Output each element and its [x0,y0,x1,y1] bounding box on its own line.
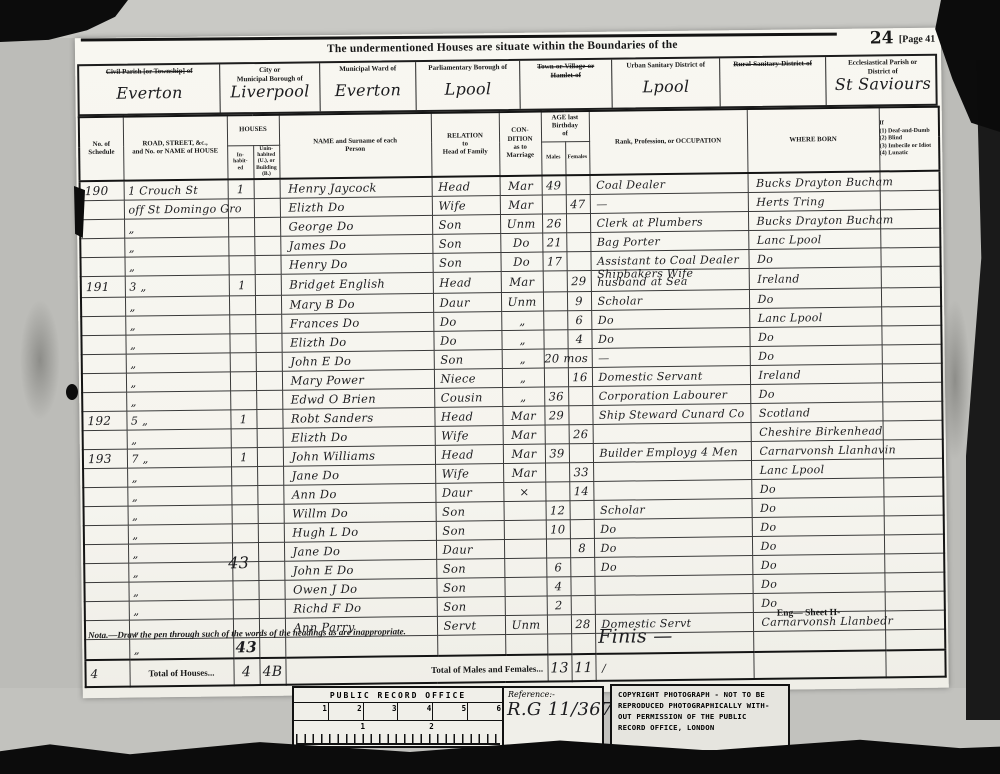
cell-s [83,430,127,450]
cell-un [257,466,283,485]
handwritten-entry: 1 [238,278,246,292]
handwritten-entry: „ [128,491,138,504]
ruler-number: 4 [427,704,432,713]
handwritten-entry: Clerk at Plumbers [591,218,703,228]
sheet-note: Eng— Sheet H- [777,608,840,619]
cell-s: 190 [80,180,124,200]
handwritten-entry: 29 [549,408,564,422]
ruler-cell: 2 [329,703,364,720]
cell-f [570,520,594,539]
cell-i [883,496,943,516]
handwritten-entry: Ann Do [284,487,337,502]
cell-n: Jane Do [284,540,436,561]
public-record-office-stamp: PUBLIC RECORD OFFICE 123456 1 2 [292,686,504,748]
ruler-number: 2 [357,704,362,713]
cell-r: Servt [437,616,505,636]
handwritten-entry: Do [752,502,776,515]
cell-inh: 1 [229,274,255,296]
cell-o: Do [594,537,752,558]
scan-artifact-right-edge [966,60,1000,720]
ruler-number: 3 [392,704,397,713]
cell-f [570,558,594,577]
cell-o: Do [591,309,749,330]
handwritten-entry: Do [753,559,777,572]
cell-m [545,482,569,501]
handwritten-entry: Do [513,254,530,268]
cell-f [569,444,593,463]
handwritten-entry: 1 [240,450,248,464]
cell-o: Coal Dealer [590,173,748,194]
handwritten-entry: 6 [575,313,583,327]
reference-value: R.G 11/3672 [504,699,602,720]
district-cell: Civil Parish [or Township] ofEverton [79,64,220,114]
handwritten-entry: „ [129,586,139,599]
cell-r: Son [436,559,504,579]
cell-n: Willm Do [284,502,436,523]
cell-m [545,463,569,482]
cell-r: Son [436,521,504,541]
table-body: 1901 Crouch St1Henry JaycockHeadMar49Coa… [80,170,946,660]
cell-m: 6 [546,558,570,577]
cell-n: Edwd O Brien [282,388,434,409]
cell-m: 4 [546,577,570,596]
copyright-stamp: COPYRIGHT PHOTOGRAPH - NOT TO BE REPRODU… [610,684,790,752]
handwritten-entry: „ [126,358,136,371]
cell-r: Daur [436,540,504,560]
cell-c: Do [500,233,542,253]
ruler-number: 1 [361,722,366,731]
handwritten-entry: Lanc Lpool [750,311,823,325]
cell-inh: 1 [228,179,254,199]
cell-st: „ [125,315,229,335]
cell-st: 7 „ [127,448,231,468]
district-cell: Urban Sanitary District ofLpool [611,58,720,107]
reference-stamp: Reference:- R.G 11/3672 [504,686,604,748]
cell-n: Ann Do [283,483,435,504]
cell-un [254,236,280,255]
cell-un [259,637,285,658]
cell-st: „ [125,296,229,316]
handwritten-entry: Daur [436,486,472,500]
cell-b: Herts Tring [748,191,880,212]
totals-females: 11 [574,660,593,676]
district-label: Town-or-Village-or Hamlet-of [520,60,611,81]
handwritten-entry: „ [520,371,526,385]
handwritten-entry: Elizth Do [280,200,345,215]
cell-m [545,425,569,444]
cell-s [84,582,128,602]
col-header-occupation: Rank, Profession, or OCCUPATION [589,109,748,175]
ruler-number: 1 [322,704,327,713]
district-label: Municipal Ward of [320,62,415,74]
cell-b: Lanc Lpool [749,307,881,328]
handwritten-entry: Ireland [749,272,800,286]
col-header-name: NAME and Surname of each Person [279,113,432,178]
handwritten-entry: Son [437,562,466,576]
cell-s [80,257,124,277]
cell-un [254,217,280,236]
handwritten-entry: Niece [434,371,475,386]
handwritten-entry: „ [129,567,139,580]
handwritten-entry: Domestic Servant [592,373,702,383]
cell-un [255,314,281,333]
col-header-uninhabited: Unin- habited (U.), or Building (B.) [253,145,279,179]
handwritten-entry: Shipbakers Wife husband at Sea [591,269,693,287]
cell-c: Unm [505,615,547,635]
cell-s [85,601,129,621]
cell-o [594,575,752,596]
cell-o [593,480,751,501]
handwritten-entry: Do [753,597,777,610]
cell-i [883,420,943,440]
cell-m [547,615,571,634]
cell-b: Cheshire Birkenhead [751,421,883,442]
col-header-inhabited: In- habit- ed [227,145,253,179]
handwritten-entry: 17 [547,254,562,268]
handwritten-entry: „ [126,320,136,333]
handwritten-entry: „ [126,377,136,390]
cell-n: Richd F Do [285,597,437,618]
handwritten-entry: Bucks Drayton Bucham [749,213,894,228]
cell-c: „ [501,330,543,350]
cell-f [571,596,595,615]
district-value: Lpool [416,79,519,99]
cell-s: 191 [81,276,125,298]
handwritten-entry: Bag Porter [591,238,660,247]
cell-st: „ [126,372,230,392]
cell-un [256,390,282,409]
cell-c [505,634,547,655]
cell-o: Corporation Labourer [592,385,750,406]
ruler-ticks [296,734,500,745]
cell-m: 26 [542,213,566,232]
handwritten-entry: Do [752,521,776,534]
cell-r: Son [432,233,500,253]
cell-s [80,238,124,258]
cell-st: 1 Crouch St [124,179,228,200]
handwritten-entry: Corporation Labourer [593,391,728,401]
handwritten-entry: Mar [511,447,536,461]
cell-un [255,333,281,352]
cell-n [285,635,437,657]
handwritten-entry: Do [434,315,457,329]
cell-inh [230,353,256,372]
cell-c: Do [500,252,542,272]
handwritten-entry: 26 [546,216,561,230]
cell-b: Bucks Drayton Bucham [748,171,880,192]
cell-i [882,401,942,421]
district-label: Civil Parish [or Township] of [79,64,219,76]
handwritten-entry: Lanc Lpool [752,463,825,477]
handwritten-entry: Head [432,179,470,193]
ruler-cell: 4 [398,703,433,720]
cell-i [885,629,945,650]
cell-c: „ [501,311,543,331]
cell-b [753,630,885,652]
cell-s [81,297,125,317]
handwritten-entry: Cheshire Birkenhead [751,425,883,440]
handwritten-entry: 39 [549,446,564,460]
cell-c: Mar [500,175,542,195]
district-cell: Rural-Sanitary-District-of [719,57,826,106]
cell-r: Son [436,502,504,522]
handwritten-entry: Do [752,540,776,553]
cell-n: Robt Sanders [282,407,434,428]
cell-m [543,330,567,349]
cell-c: „ [502,349,544,369]
col-header-infirmity: If (1) Deaf-and-Dumb (2) Blind (3) Imbec… [879,107,940,171]
handwritten-entry: John E Do [285,563,354,578]
cell-un [257,485,283,504]
cell-i [882,363,942,383]
handwritten-entry: Do [750,331,774,344]
district-cell: City or Municipal Borough ofLiverpool [219,63,320,112]
handwritten-entry: Wife [432,198,466,212]
col-header-age: AGE last Birthday of [541,111,589,142]
ruler-number: 5 [462,704,467,713]
cell-f: 47 [566,194,590,213]
handwritten-entry: James Do [281,238,346,253]
handwritten-entry: 9 [575,294,583,308]
handwritten-entry: Wife [436,467,470,481]
handwritten-entry: Builder Employg 4 Men [593,448,738,458]
cell-b: Do [752,535,884,556]
cell-st: „ [128,581,232,601]
handwritten-entry: Do [592,317,614,326]
cell-i [882,382,942,402]
handwritten-entry: 14 [574,484,589,498]
cell-st: „ [129,600,233,620]
cell-st: 3 „ [125,274,229,297]
cell-i [881,325,941,345]
sheet-number: 24 [870,28,894,48]
handwritten-entry: „ [128,472,138,485]
handwritten-entry: „ [520,352,526,366]
page-title: The undermentioned Houses are situate wi… [327,39,678,55]
handwritten-entry: Do [749,252,773,265]
handwritten-entry: Head [435,448,473,462]
cell-i [884,572,944,592]
cell-n: Frances Do [281,313,433,334]
census-page: The undermentioned Houses are situate wi… [75,28,949,699]
cell-inh [231,486,257,505]
cell-st: „ [127,467,231,487]
handwritten-entry: 191 [82,280,110,294]
col-header-females: Females [565,141,589,175]
cell-r: Son [437,597,505,617]
cell-un [258,542,284,561]
scan-smudge [20,300,60,420]
cell-r: Cousin [434,388,502,408]
census-scan: The undermentioned Houses are situate wi… [0,0,1000,774]
handwritten-entry: Do [594,526,616,535]
cell-c [504,558,546,578]
cell-m: 20 mos [544,349,568,368]
handwritten-entry: × [519,485,529,499]
cell-b: Do [752,573,884,594]
cell-inh [233,600,259,619]
ruler-cell: 5 [433,703,468,720]
handwritten-entry: Son [433,217,462,231]
handwritten-entry: 33 [573,465,588,479]
cell-st: „ [126,353,230,373]
cell-o [595,594,753,615]
cell-f: 29 [567,270,591,292]
district-value: St Saviours [826,74,939,94]
district-label: Parliamentary Borough of [416,61,519,73]
cell-b: Do [748,248,880,269]
handwritten-entry: Henry Jaycock [280,180,377,195]
cell-inh: 43 [233,638,259,659]
cell-n: Henry Jaycock [280,177,432,198]
cell-f: 16 [568,368,592,387]
handwritten-entry: Scholar [592,297,643,306]
cell-inh [228,236,254,255]
handwritten-entry: Unm [511,618,540,632]
handwritten-entry: Scholar [594,506,645,515]
cell-i [884,534,944,554]
handwritten-entry: Son [436,505,465,519]
cell-inh [231,429,257,448]
cell-o: Shipbakers Wife husband at Sea [591,268,749,291]
cell-n: Jane Do [283,464,435,485]
handwritten-entry: 5 „ [127,414,148,427]
cell-f: 14 [569,482,593,501]
district-value: Everton [79,82,219,103]
cell-i [881,266,941,288]
cell-r: Do [433,331,501,351]
cell-b: Do [750,345,882,366]
cell-b: Ireland [749,267,881,290]
handwritten-entry: Son [437,581,466,595]
handwritten-entry: George Do [281,218,354,233]
handwritten-entry: Mar [508,178,533,192]
cell-s [85,639,129,660]
handwritten-entry: „ [519,314,525,328]
handwritten-entry: Do [595,564,617,573]
handwritten-entry: 12 [550,503,565,517]
cell-c: × [503,482,545,502]
handwritten-entry: 2 [555,598,563,612]
cell-o: Bag Porter [590,230,748,251]
cell-m [543,311,567,330]
cell-i [880,247,940,267]
cell-st: „ [128,505,232,525]
cell-c [504,577,546,597]
census-table: No. of Schedule ROAD, STREET, &c., and N… [78,106,947,689]
handwritten-entry: „ [125,260,135,273]
cell-c: Mar [500,195,542,215]
cell-inh: 1 [231,448,257,467]
cell-c: „ [502,387,544,407]
handwritten-entry: „ [519,333,525,347]
cell-st: off St Domingo Gro [124,199,228,219]
cell-n: George Do [280,215,432,236]
handwritten-entry: — [590,200,607,209]
handwritten-entry: Unm [508,295,537,309]
handwritten-entry: 1 Crouch St [124,183,198,197]
cell-inh [229,296,255,315]
cell-n: James Do [280,234,432,255]
handwritten-entry: „ [127,434,137,447]
cell-st: „ [128,543,232,563]
handwritten-entry: Daur [437,543,473,557]
cell-r: Daur [433,293,501,313]
cell-f [568,387,592,406]
district-cell: Town-or-Village-or Hamlet-of [519,60,612,109]
handwritten-entry: Scotland [751,406,810,420]
cell-o: Scholar [591,290,749,311]
district-value [720,75,825,76]
cell-o: Do [591,328,749,349]
scan-smudge [940,300,970,460]
cell-c: Mar [502,406,544,426]
cell-c [504,539,546,559]
handwritten-entry: Ireland [750,369,801,383]
district-value: Liverpool [220,81,319,101]
handwritten-entry: Coal Dealer [590,181,665,190]
handwritten-entry: Bridget English [281,276,385,291]
cell-n: Elizth Do [280,196,432,217]
district-cell: Municipal Ward ofEverton [319,62,416,111]
handwritten-entry: Head [433,275,471,289]
cell-r: Son [432,252,500,272]
col-header-condition: CON- DITION as to Marriage [499,112,542,176]
handwritten-entry: 7 „ [127,452,148,465]
handwritten-entry: — [592,355,609,364]
handwritten-entry: Carnarvonsh Llanhavin [751,443,896,458]
cell-c: Unm [500,214,542,234]
handwritten-entry: 193 [84,452,112,466]
totals-uninhabited: 4B [263,663,283,679]
handwritten-entry: Mar [508,197,533,211]
totals-tick-mark: / [596,664,606,673]
cell-f: 4 [567,330,591,349]
cell-inh [229,334,255,353]
ruler-number: 2 [429,722,434,731]
cell-f [566,175,590,195]
cell-s [84,563,128,583]
cell-i [885,610,945,630]
handwritten-entry: Mar [511,428,536,442]
cell-b: Do [752,516,884,537]
handwritten-entry: Son [433,236,462,250]
cell-st: „ [127,429,231,449]
cell-f [566,232,590,251]
cell-o: — [590,192,748,213]
cell-inh [232,524,258,543]
cell-b: Do [751,478,883,499]
cell-m: 10 [546,520,570,539]
cell-s [81,335,125,355]
cell-inh [230,372,256,391]
handwritten-entry: Richd F Do [285,601,361,616]
handwritten-entry: Do [595,545,617,554]
handwritten-entry: Frances Do [282,316,360,331]
cell-c [505,596,547,616]
handwritten-entry: Do [434,334,457,348]
handwritten-entry: 4 [576,332,584,346]
handwritten-entry: „ [129,605,139,618]
cell-r [437,635,505,656]
cell-un [258,580,284,599]
cell-i [881,287,941,307]
cell-m: 2 [547,596,571,615]
handwritten-entry: 20 mos [544,351,588,366]
cell-un [259,599,285,618]
col-header-born: WHERE BORN [747,107,880,172]
col-header-schedule: No. of Schedule [79,117,124,181]
